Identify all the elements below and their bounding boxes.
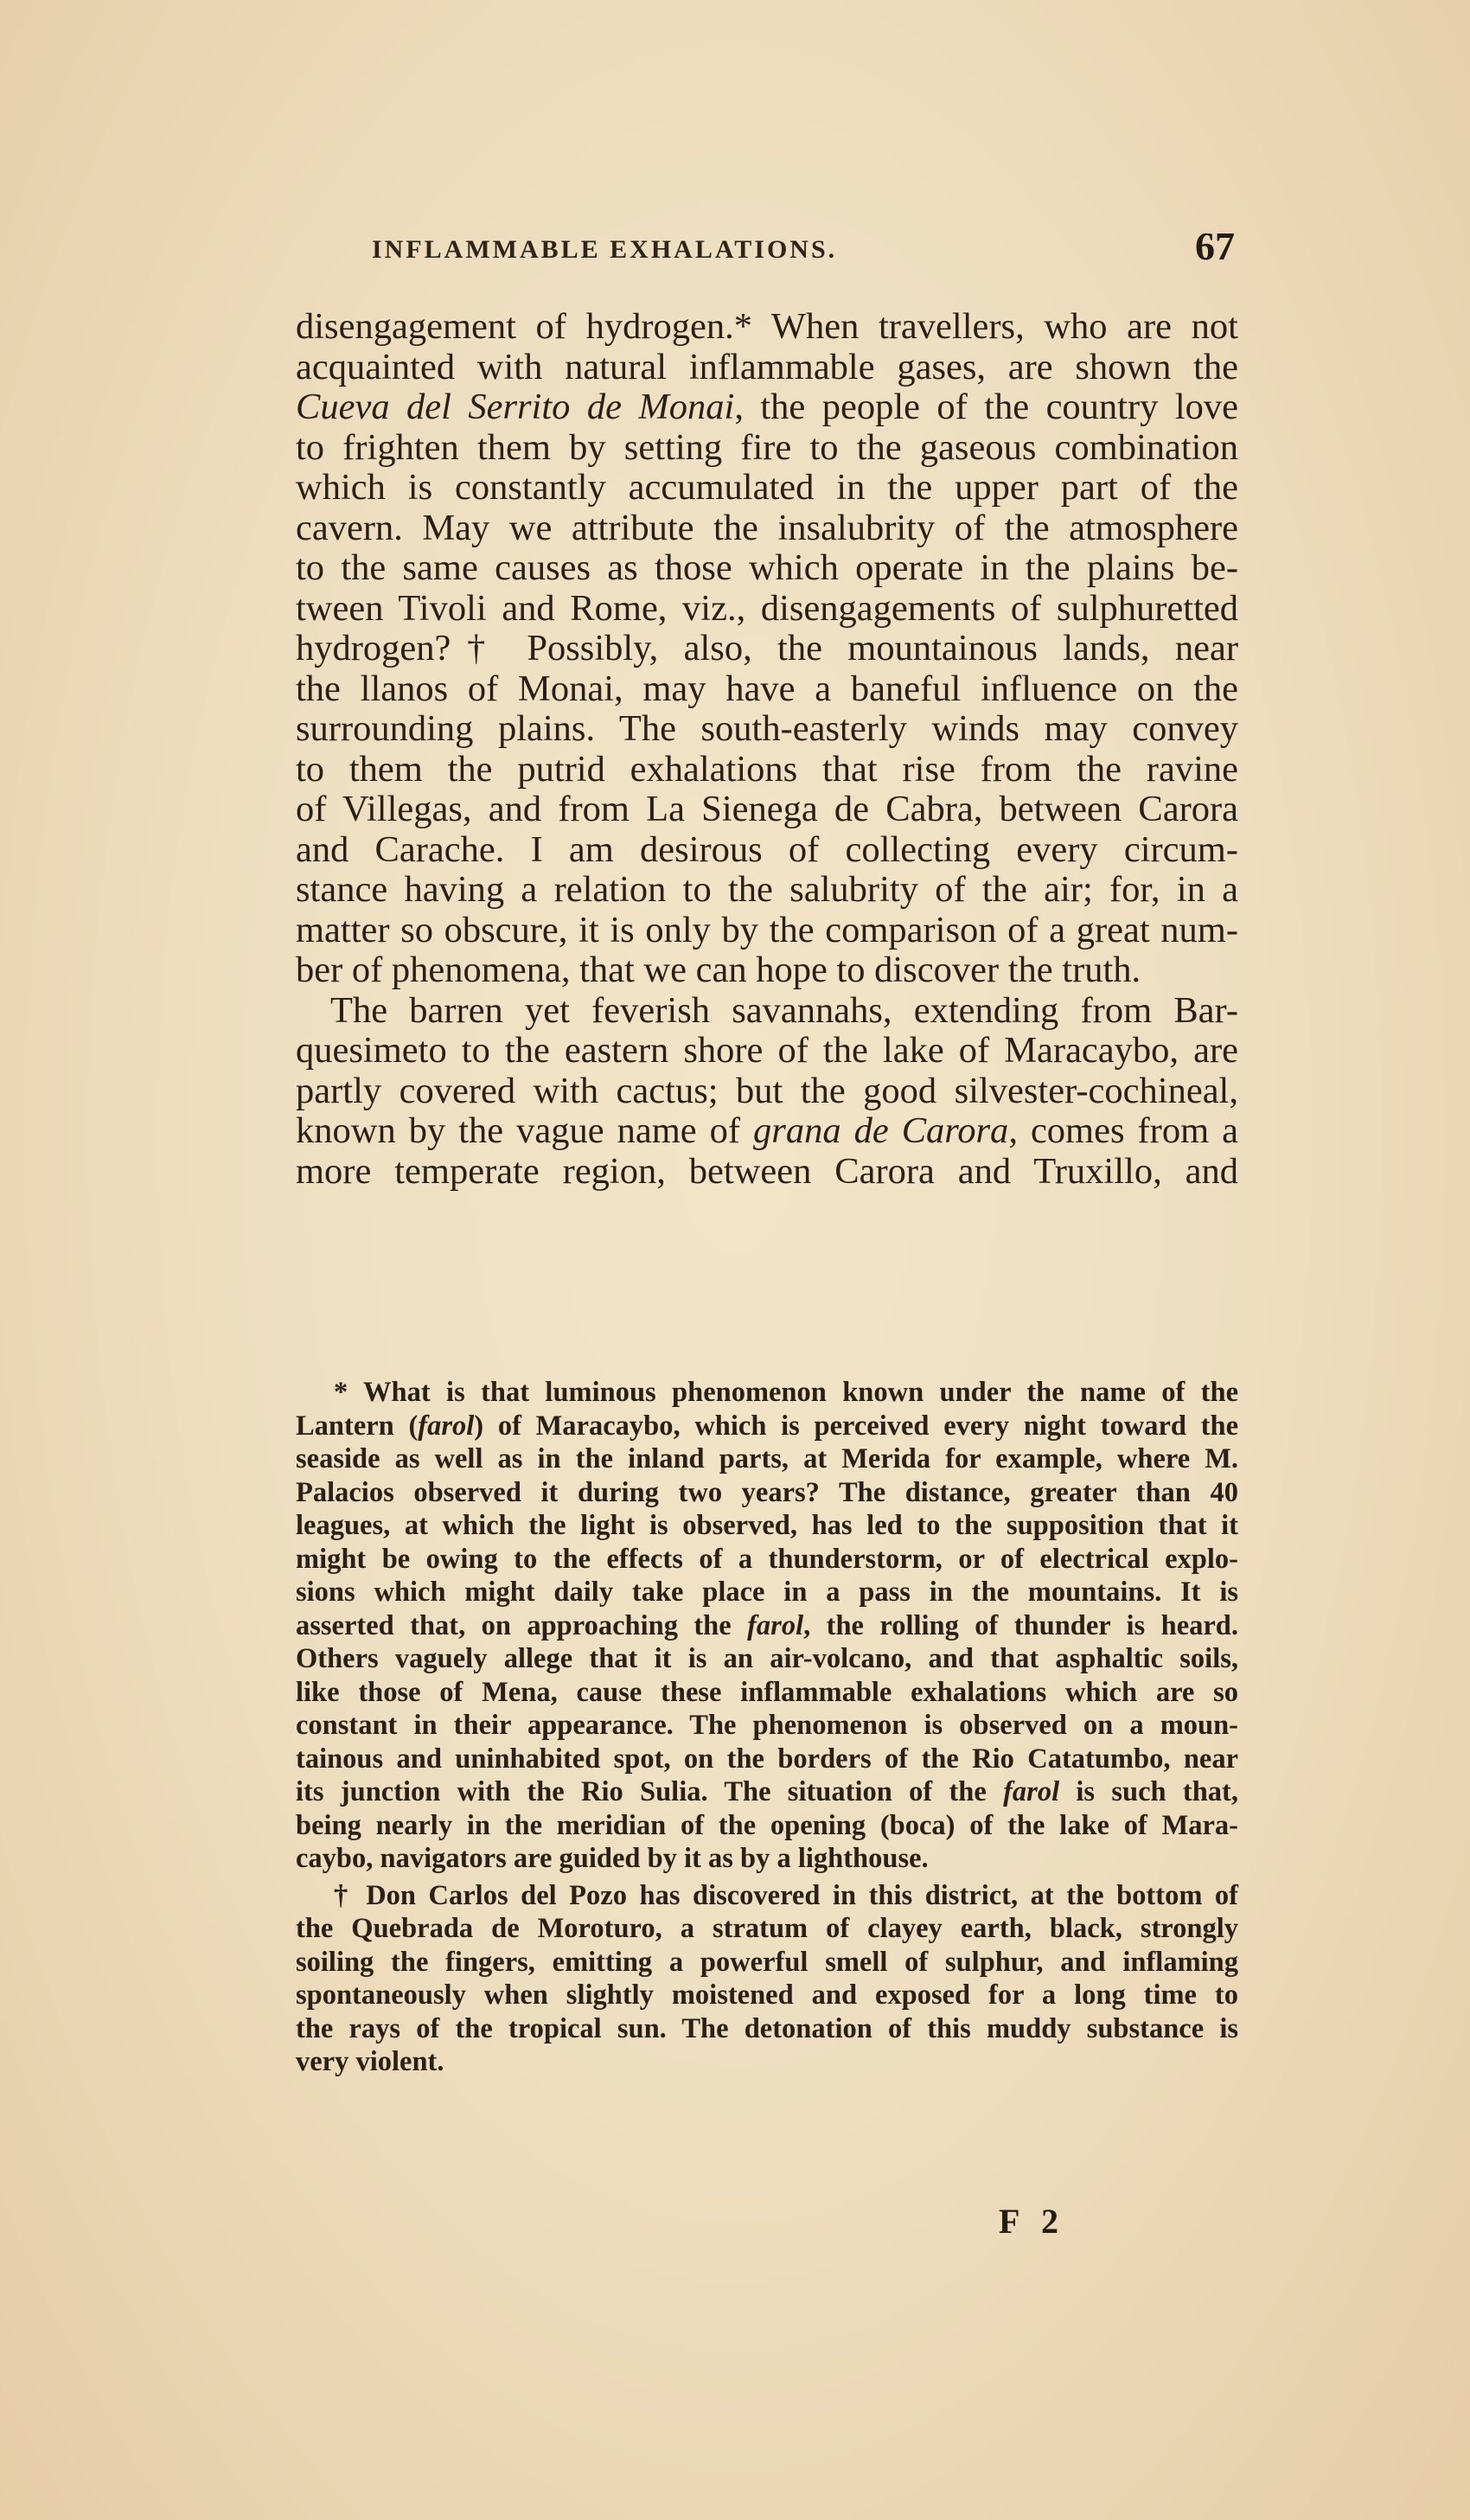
italic-phrase: farol [747, 1610, 803, 1641]
signature-mark: F 2 [999, 2201, 1065, 2242]
text-line: which is constantly accumulated in the u… [296, 468, 1238, 508]
text-line: the llanos of Monai, may have a baneful … [296, 669, 1238, 710]
footnote-line: like those of Mena, cause these inflamma… [296, 1676, 1238, 1710]
footnote-line: very violent. [296, 2045, 1238, 2079]
text-line: ber of phenomena, that we can hope to di… [296, 950, 1238, 991]
running-head: INFLAMMABLE EXHALATIONS. 67 [372, 223, 1237, 275]
footnote-line: being nearly in the meridian of the open… [296, 1809, 1238, 1843]
footnote-line: † Don Carlos del Pozo has discovered in … [296, 1879, 1238, 1913]
footnote-line: caybo, navigators are guided by it as by… [296, 1842, 1238, 1876]
footnote-line: leagues, at which the light is observed,… [296, 1509, 1238, 1543]
book-page: INFLAMMABLE EXHALATIONS. 67 disengagemen… [0, 0, 1470, 2520]
footnote-line: the Quebrada de Moroturo, a stratum of c… [296, 1912, 1238, 1946]
text-line: to the same causes as those which operat… [296, 548, 1238, 589]
text-line: quesimeto to the eastern shore of the la… [296, 1031, 1238, 1071]
text-line: The barren yet feverish savannahs, exten… [296, 991, 1238, 1032]
footnote-line: * What is that luminous phenomenon known… [296, 1376, 1238, 1410]
footnote-line: its junction with the Rio Sulia. The sit… [296, 1775, 1238, 1809]
italic-phrase: farol [1003, 1776, 1059, 1807]
text-line: of Villegas, and from La Sienega de Cabr… [296, 790, 1238, 830]
paragraph-1: disengagement of hydrogen.* When travell… [296, 307, 1238, 991]
footnote-dagger: † Don Carlos del Pozo has discovered in … [296, 1879, 1238, 2079]
text-line: matter so obscure, it is only by the com… [296, 911, 1238, 951]
page-number: 67 [1195, 223, 1235, 269]
footnote-line: Lantern (farol) of Maracaybo, which is p… [296, 1410, 1238, 1443]
footnote-line: seaside as well as in the inland parts, … [296, 1442, 1238, 1476]
text-line: tween Tivoli and Rome, viz., disengageme… [296, 589, 1238, 630]
footnote-line: sions which might daily take place in a … [296, 1576, 1238, 1609]
paragraph-2: The barren yet feverish savannahs, exten… [296, 991, 1238, 1193]
footnote-line: constant in their appearance. The phenom… [296, 1709, 1238, 1743]
text-line: partly covered with cactus; but the good… [296, 1071, 1238, 1112]
footnote-line: asserted that, on approaching the farol,… [296, 1609, 1238, 1643]
footnote-line: might be owing to the effects of a thund… [296, 1543, 1238, 1577]
footnote-line: the rays of the tropical sun. The detona… [296, 2012, 1238, 2046]
text-line: surrounding plains. The south-easterly w… [296, 709, 1238, 750]
footnote-line: soiling the fingers, emitting a powerful… [296, 1946, 1238, 1980]
text-line: more temperate region, between Carora an… [296, 1152, 1238, 1193]
text-line: disengagement of hydrogen.* When travell… [296, 307, 1238, 348]
text-line: stance having a relation to the salubrit… [296, 870, 1238, 911]
text-line: known by the vague name of grana de Caro… [296, 1111, 1238, 1152]
footnote-line: tainous and uninhabited spot, on the bor… [296, 1743, 1238, 1776]
footnote-line: Others vaguely allege that it is an air-… [296, 1642, 1238, 1676]
italic-phrase: grana de Carora [753, 1110, 1008, 1151]
text-line: cavern. May we attribute the insalubrity… [296, 508, 1238, 549]
footnote-line: spontaneously when slightly moistened an… [296, 1979, 1238, 2012]
main-text: disengagement of hydrogen.* When travell… [296, 307, 1238, 1192]
text-line: Cueva del Serrito de Monai, the people o… [296, 387, 1238, 428]
footnotes: * What is that luminous phenomenon known… [296, 1376, 1238, 2079]
italic-phrase: farol [418, 1410, 474, 1442]
text-line: acquainted with natural inflammable gase… [296, 348, 1238, 388]
running-title: INFLAMMABLE EXHALATIONS. [372, 235, 837, 265]
footnote-asterisk: * What is that luminous phenomenon known… [296, 1376, 1238, 1876]
text-line: to frighten them by setting fire to the … [296, 428, 1238, 469]
text-line: to them the putrid exhalations that rise… [296, 750, 1238, 790]
footnote-line: Palacios observed it during two years? T… [296, 1476, 1238, 1510]
text-line: and Carache. I am desirous of collecting… [296, 830, 1238, 871]
text-line: hydrogen?† Possibly, also, the mountaino… [296, 629, 1238, 669]
italic-phrase: Cueva del Serrito de Monai [296, 387, 734, 427]
